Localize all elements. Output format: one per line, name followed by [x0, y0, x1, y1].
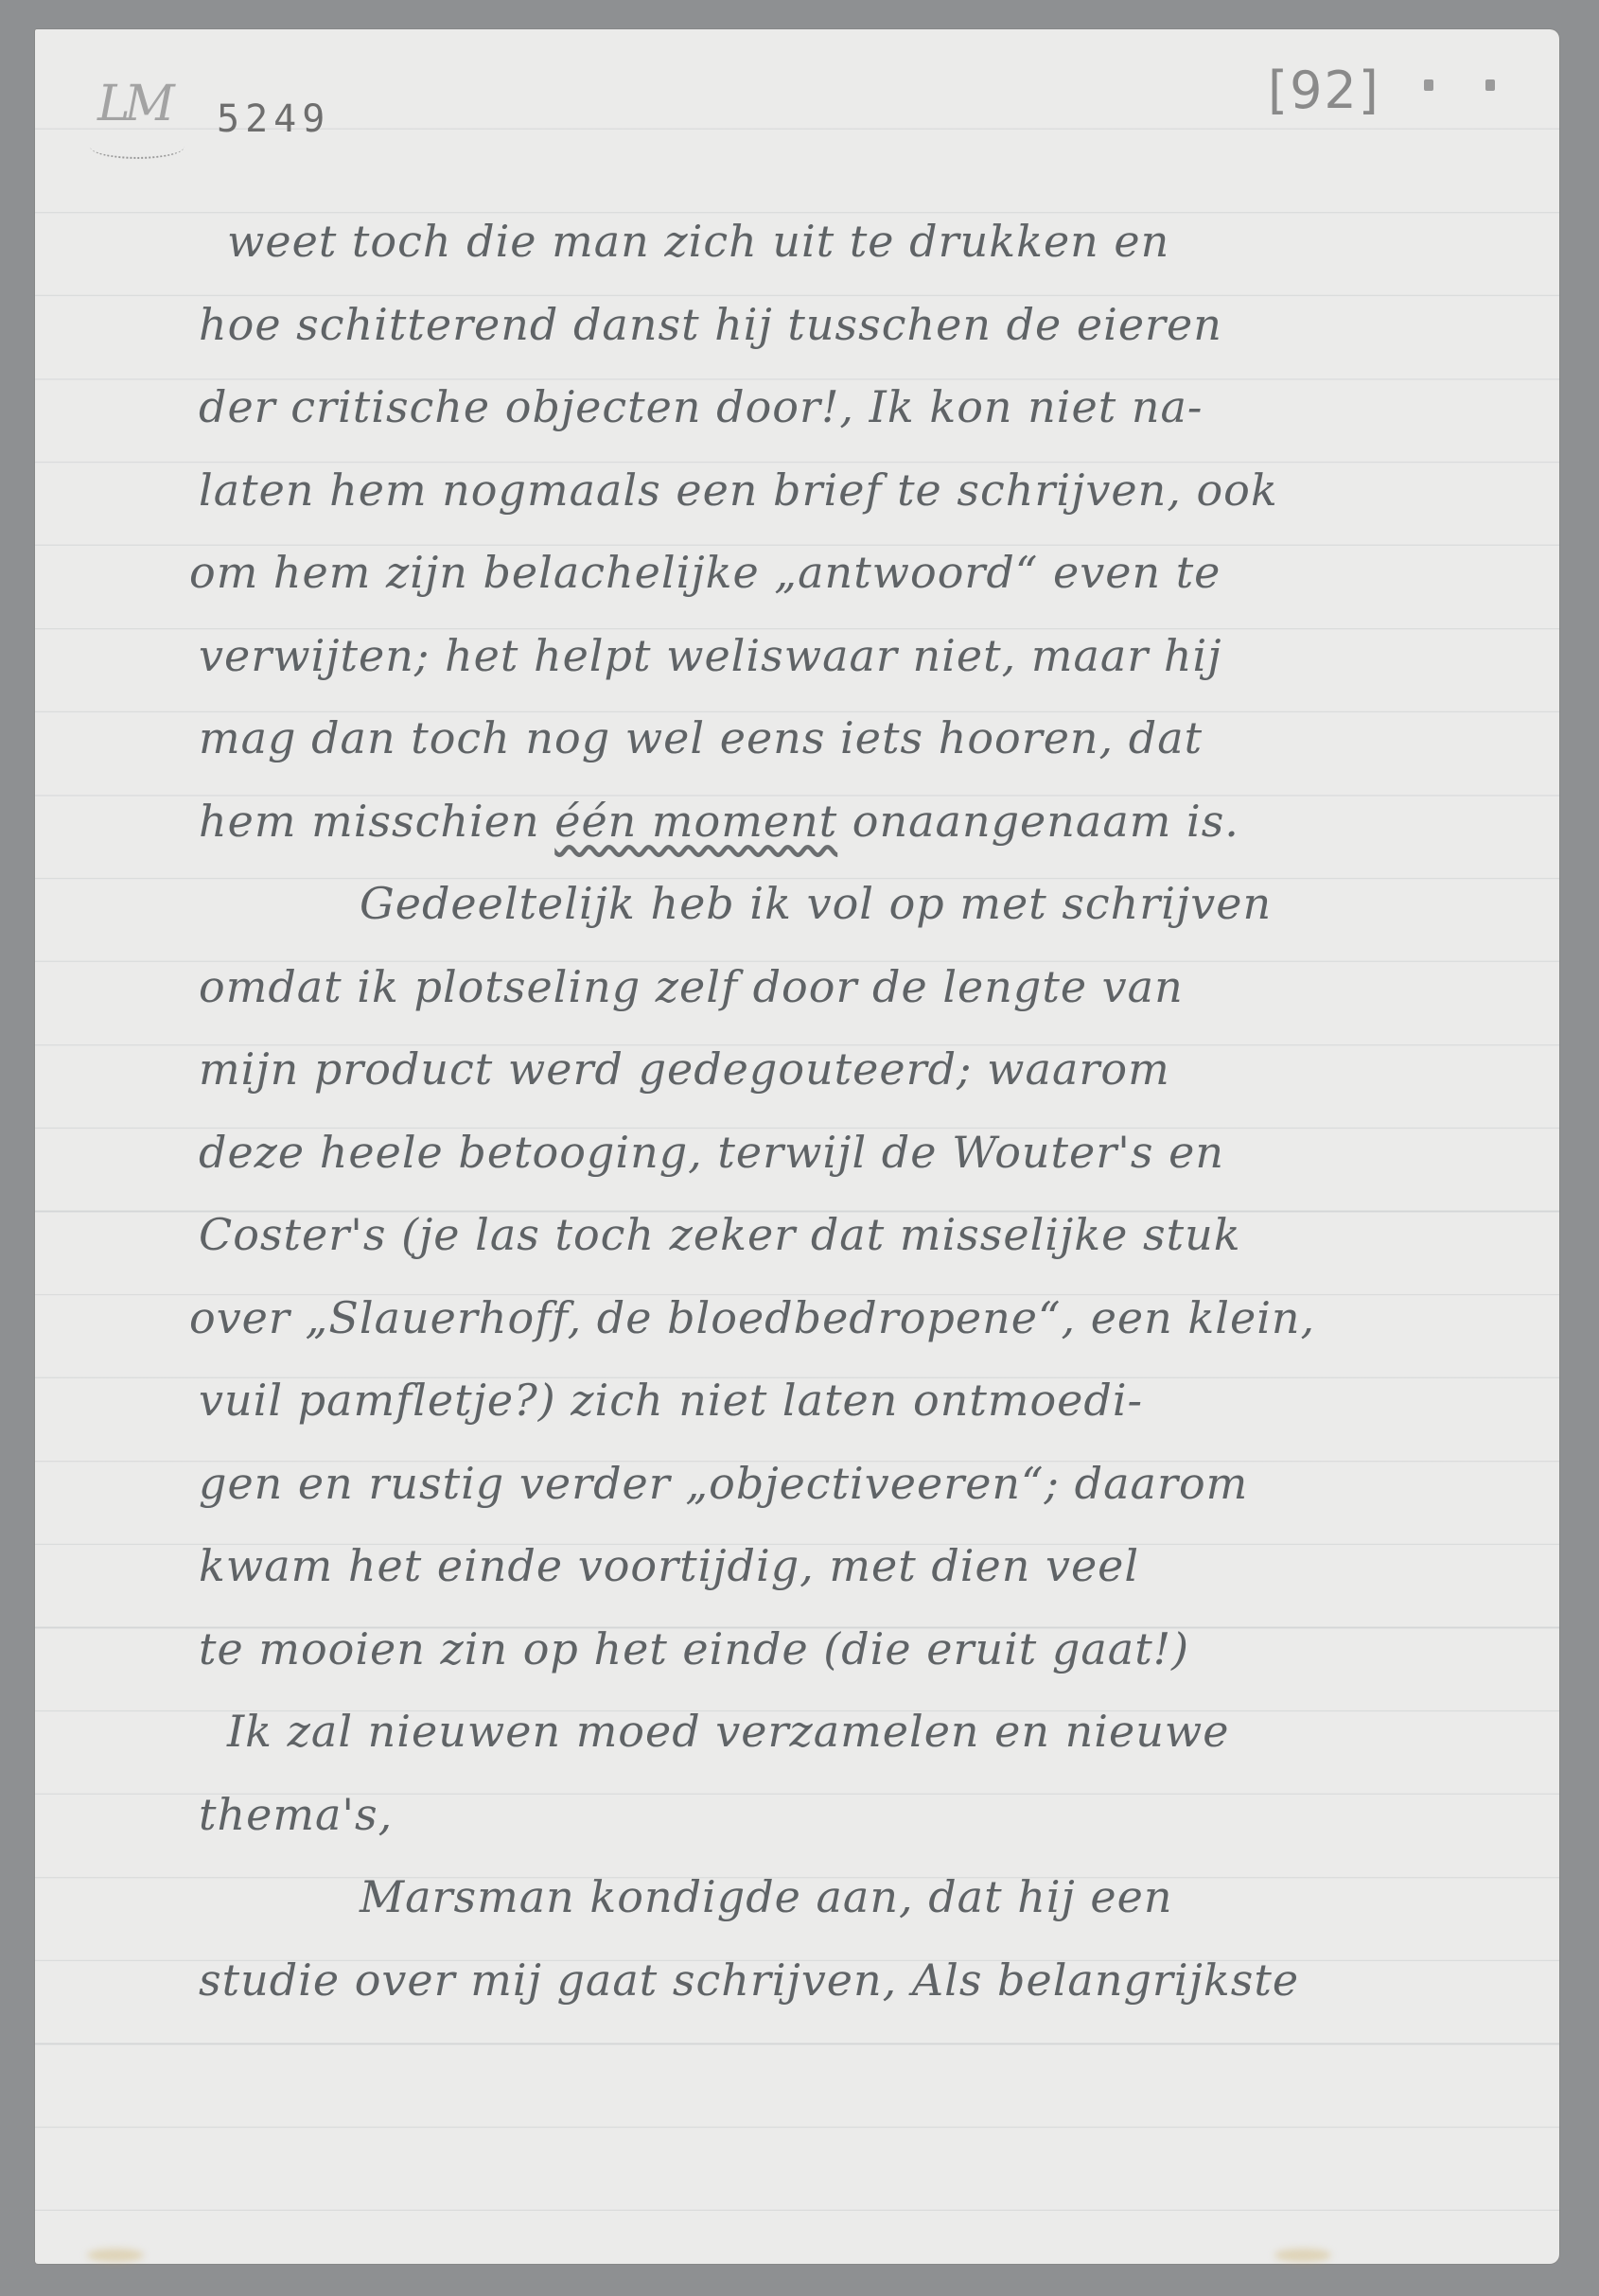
pin-hole-mark	[1485, 79, 1495, 91]
text-line: der critische objecten door!, Ik kon nie…	[199, 366, 1542, 449]
text-line: vuil pamfletje?) zich niet laten ontmoed…	[199, 1359, 1542, 1443]
paper-stain	[1274, 2249, 1331, 2262]
text-line: Ik zal nieuwen moed verzamelen en nieuwe	[199, 1691, 1542, 1774]
text-segment: hem misschien	[199, 796, 554, 847]
text-line: verwijten; het helpt weliswaar niet, maa…	[199, 615, 1542, 698]
text-line: weet toch die man zich uit te drukken en	[199, 201, 1542, 284]
monogram-flourish	[90, 134, 184, 159]
text-line: omdat ik plotseling zelf door de lengte …	[199, 946, 1542, 1029]
text-line: deze heele betooging, terwijl de Wouter'…	[199, 1112, 1542, 1195]
text-line: studie over mij gaat schrijven, Als bela…	[199, 1939, 1542, 2023]
archive-number: 5249	[217, 97, 330, 141]
paragraph-start-line: Gedeeltelijk heb ik vol op met schrijven	[199, 863, 1542, 946]
archive-stamp: LM 5249	[90, 68, 330, 163]
text-line: laten hem nogmaals een brief te schrijve…	[199, 449, 1542, 533]
text-segment: onaangenaam is.	[837, 796, 1239, 847]
text-line: gen en rustig verder „objectiveeren“; da…	[199, 1443, 1542, 1526]
text-line: kwam het einde voortijdig, met dien veel	[199, 1525, 1542, 1608]
paragraph-start-line: Marsman kondigde aan, dat hij een	[199, 1856, 1542, 1939]
text-line-with-underline: hem misschien één moment onaangenaam is.	[199, 780, 1542, 864]
text-line: over „Slauerhoff, de bloedbedropene“, ee…	[189, 1277, 1542, 1360]
pin-hole-mark	[1424, 79, 1433, 91]
text-line: mijn product werd gedegouteerd; waarom	[199, 1028, 1542, 1112]
text-line: hoe schitterend danst hij tusschen de ei…	[199, 284, 1542, 367]
handwritten-text-body: weet toch die man zich uit te drukken en…	[199, 201, 1542, 2022]
page-reference: [92]	[1268, 61, 1380, 120]
paper-stain	[87, 2249, 144, 2262]
pin-holes	[1424, 79, 1495, 91]
text-line: te mooien zin op het einde (die eruit ga…	[199, 1608, 1542, 1691]
stamp-monogram: LM	[97, 76, 169, 132]
text-line: mag dan toch nog wel eens iets hooren, d…	[199, 697, 1542, 780]
underlined-phrase: één moment	[554, 796, 837, 847]
archive-monogram-icon: LM	[90, 68, 194, 163]
text-line: Coster's (je las toch zeker dat misselij…	[199, 1194, 1542, 1277]
text-line: om hem zijn belachelijke „antwoord“ even…	[189, 532, 1542, 615]
text-line: thema's,	[199, 1774, 1542, 1857]
